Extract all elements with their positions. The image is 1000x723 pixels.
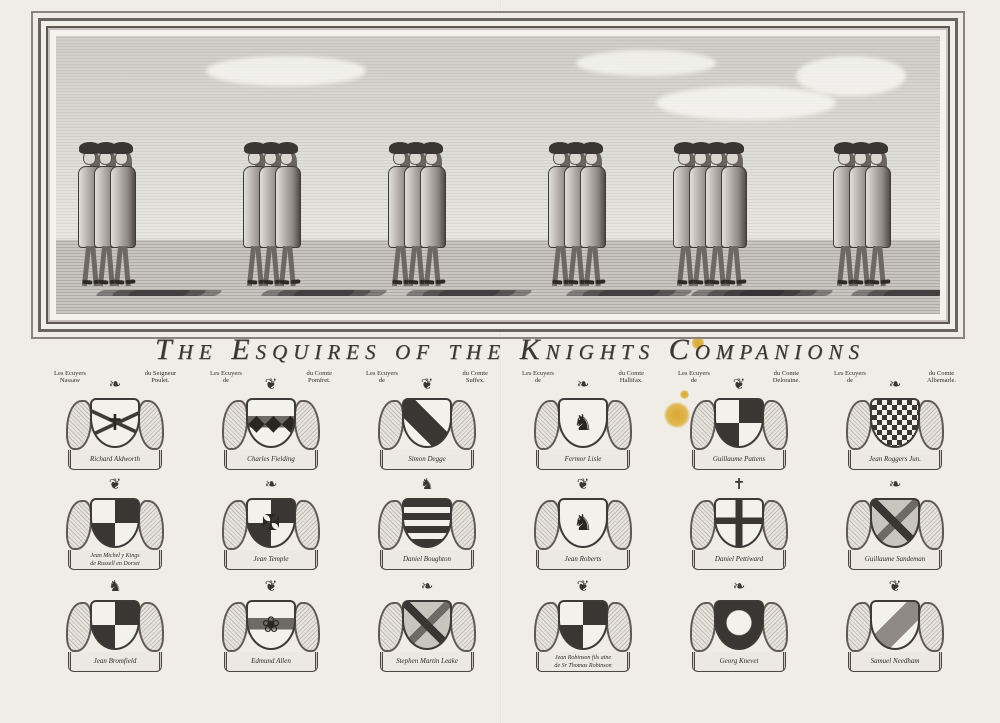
- coat-of-arms: ❧Guillaume Sandeman: [820, 476, 970, 578]
- crest-icon: ❦: [571, 578, 595, 596]
- name-ribbon: Daniel Pettiward: [692, 550, 786, 570]
- crest-icon: ♞: [103, 578, 127, 596]
- esquire-figure: [275, 142, 297, 292]
- figure-group: [243, 142, 291, 292]
- esquire-figure: [865, 142, 887, 292]
- coat-of-arms: ❧✠Jean Temple: [196, 476, 346, 578]
- coat-of-arms: Les Ecuyersdedu ComteSuffex.❦Simon Degge: [352, 368, 502, 476]
- crest-icon: ♞: [415, 476, 439, 494]
- crest-icon: ❦: [727, 376, 751, 394]
- coat-of-arms: ❧Stephen Martin Leake: [352, 578, 502, 680]
- name-ribbon: Stephen Martin Leake: [380, 652, 474, 672]
- coat-of-arms: Les Ecuyersdedu ComteHallifax.❧♞Fermor L…: [508, 368, 658, 476]
- page-title: The Esquires of the Knights Companions: [130, 333, 890, 367]
- figure-group: [388, 142, 436, 292]
- coat-of-arms: ❧Georg Knevet: [664, 578, 814, 680]
- name-ribbon: Jean Roberts: [536, 550, 630, 570]
- coat-of-arms: ❦Jean Michel y Kingsde Russell en Dorset: [40, 476, 190, 578]
- crest-icon: ❧: [727, 578, 751, 596]
- figure-group: [833, 142, 881, 292]
- name-ribbon: Jean Temple: [224, 550, 318, 570]
- crest-icon: ❦: [103, 476, 127, 494]
- crest-icon: ❧: [415, 578, 439, 596]
- coat-of-arms: Les Ecuyersdedu ComteAlbemarle.❧Jean Rog…: [820, 368, 970, 476]
- name-ribbon: Simon Degge: [380, 450, 474, 470]
- coat-of-arms: ❦♞Jean Roberts: [508, 476, 658, 578]
- crest-icon: ❧: [571, 376, 595, 394]
- name-ribbon: Guillaume Pattens: [692, 450, 786, 470]
- figure-group: [673, 142, 737, 292]
- esquire-figure: [110, 142, 132, 292]
- crest-icon: ❧: [883, 476, 907, 494]
- arms-row: ❦Jean Michel y Kingsde Russell en Dorset…: [40, 476, 970, 578]
- ground: [56, 240, 940, 314]
- coat-of-arms: ✝Daniel Pettiward: [664, 476, 814, 578]
- crest-icon: ✝: [727, 476, 751, 494]
- crest-icon: ❧: [259, 476, 283, 494]
- name-ribbon: Fermor Lisle: [536, 450, 630, 470]
- coat-of-arms: Les Ecuyersdedu ComteDeloraine.❦Guillaum…: [664, 368, 814, 476]
- name-ribbon: Edmund Allen: [224, 652, 318, 672]
- arms-row: ♞Jean Bromfield❦❀Edmund Allen❧Stephen Ma…: [40, 578, 970, 680]
- esquire-figure: [420, 142, 442, 292]
- name-ribbon: Guillaume Sandeman: [848, 550, 942, 570]
- coat-of-arms: Les Ecuyersdedu ComtePomfret.❦◆◆◆Charles…: [196, 368, 346, 476]
- name-ribbon: Jean Robinson fils ainede Sr Thomas Robi…: [536, 652, 630, 672]
- crest-icon: ❦: [883, 578, 907, 596]
- arms-row: Les EcuyersNassawdu SeigneurPoulet.❧✝Ric…: [40, 368, 970, 476]
- esquire-figure: [580, 142, 602, 292]
- name-ribbon: Samuel Needham: [848, 652, 942, 672]
- engraving-frame: [38, 18, 958, 332]
- figure-group: [78, 142, 126, 292]
- name-ribbon: Jean Bromfield: [68, 652, 162, 672]
- coat-of-arms: ❦❀Edmund Allen: [196, 578, 346, 680]
- coat-of-arms: ❦Jean Robinson fils ainede Sr Thomas Rob…: [508, 578, 658, 680]
- arms-grid: Les EcuyersNassawdu SeigneurPoulet.❧✝Ric…: [40, 368, 970, 680]
- coat-of-arms: ❦Samuel Needham: [820, 578, 970, 680]
- esquire-figure: [721, 142, 743, 292]
- name-ribbon: Daniel Boughton: [380, 550, 474, 570]
- crest-icon: ❦: [259, 376, 283, 394]
- name-ribbon: Richard Aldworth: [68, 450, 162, 470]
- coat-of-arms: ♞Jean Bromfield: [40, 578, 190, 680]
- crest-icon: ❧: [103, 376, 127, 394]
- figure-group: [548, 142, 596, 292]
- crest-icon: ❧: [883, 376, 907, 394]
- procession-scene: [56, 36, 940, 314]
- name-ribbon: Georg Knevet: [692, 652, 786, 672]
- coat-of-arms: Les EcuyersNassawdu SeigneurPoulet.❧✝Ric…: [40, 368, 190, 476]
- crest-icon: ❦: [259, 578, 283, 596]
- name-ribbon: Jean Michel y Kingsde Russell en Dorset: [68, 550, 162, 570]
- crest-icon: ❦: [415, 376, 439, 394]
- crest-icon: ❦: [571, 476, 595, 494]
- coat-of-arms: ♞Daniel Boughton: [352, 476, 502, 578]
- name-ribbon: Jean Roggers Jun.: [848, 450, 942, 470]
- name-ribbon: Charles Fielding: [224, 450, 318, 470]
